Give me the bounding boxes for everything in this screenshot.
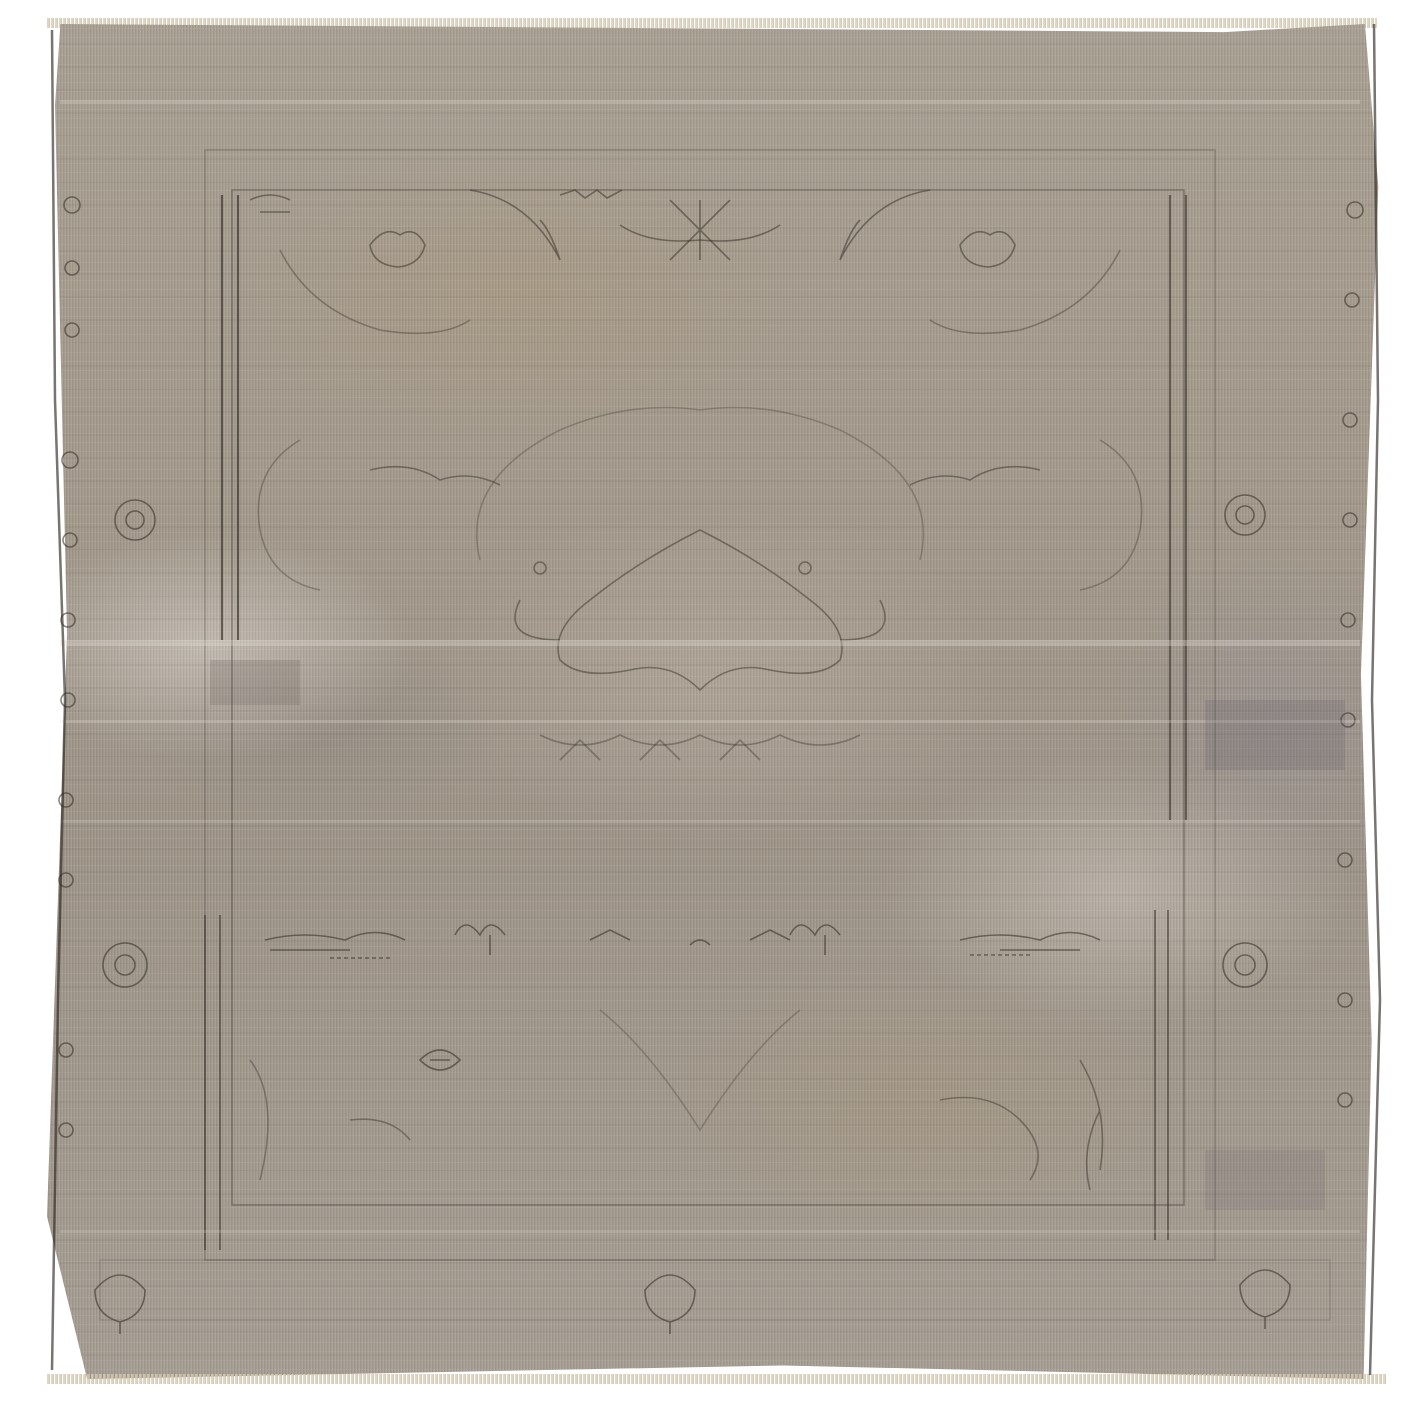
lower-motifs: [250, 925, 1103, 1190]
rug-pattern: [0, 0, 1402, 1402]
inner-frame: [100, 150, 1330, 1320]
wear-streaks: [60, 100, 1360, 1233]
top-spandrels: [250, 190, 1120, 333]
central-medallion: [258, 408, 1141, 761]
